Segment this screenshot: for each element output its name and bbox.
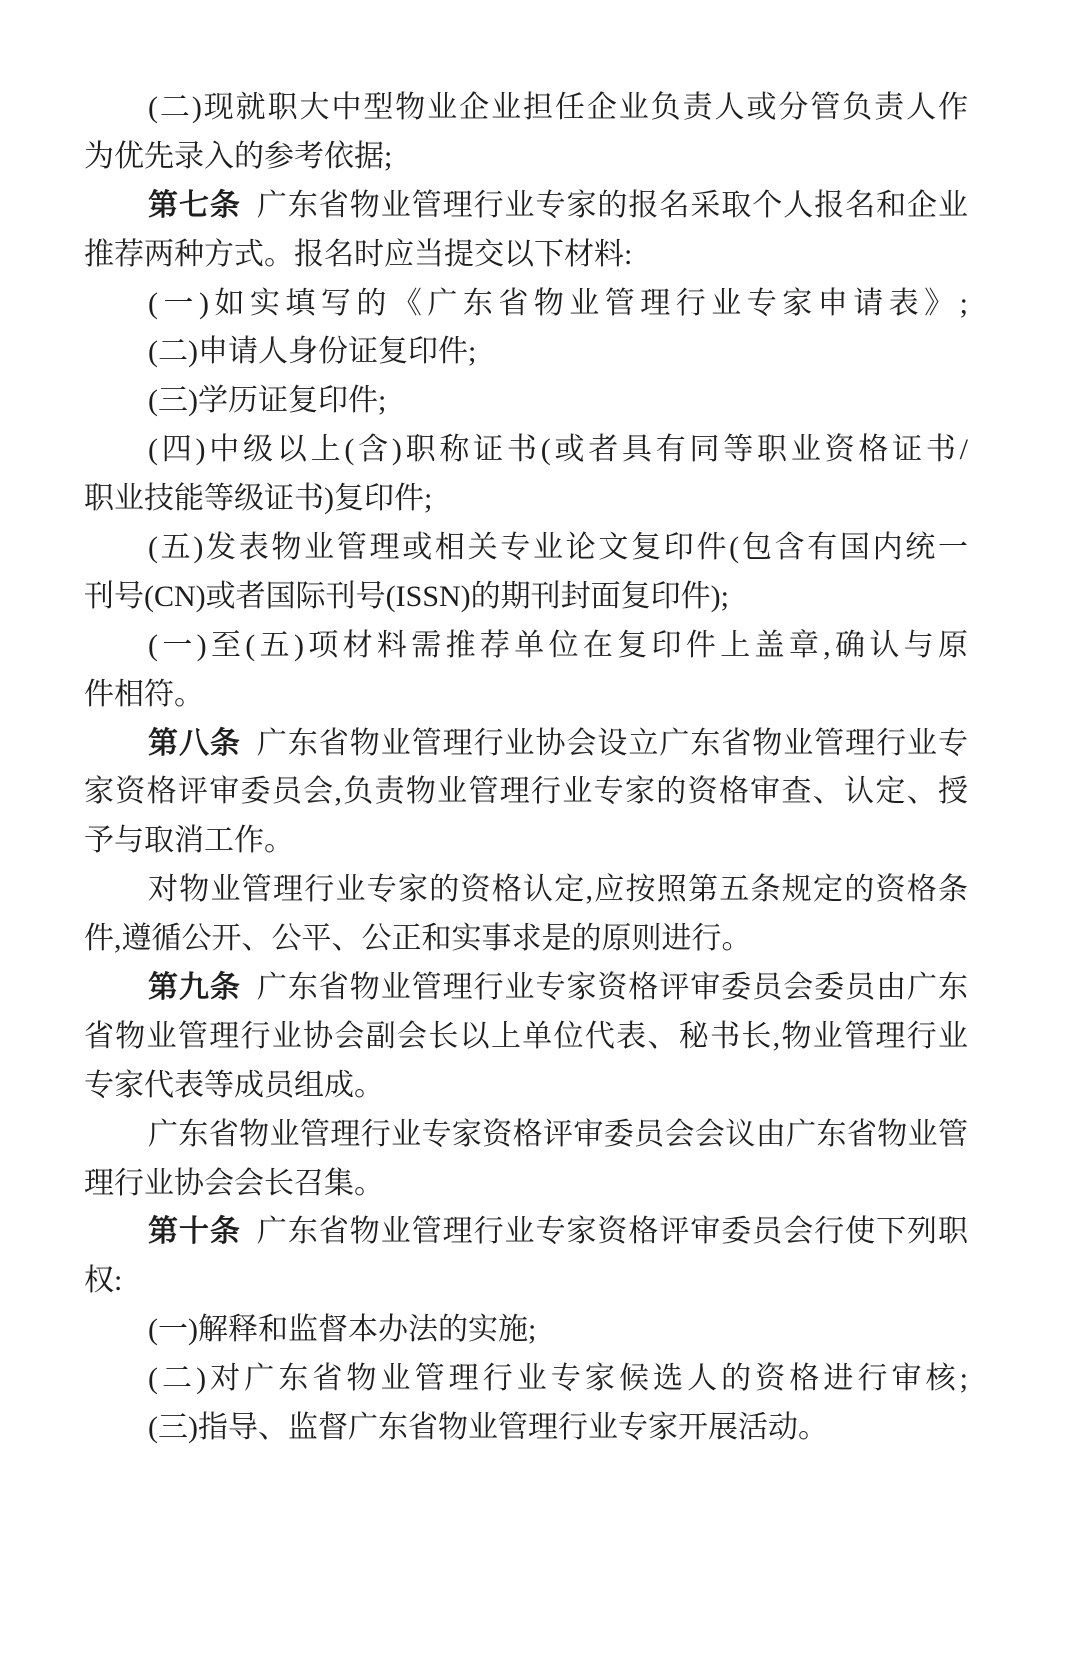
document-line: (二)申请人身份证复印件; bbox=[84, 328, 968, 377]
article-number: 第七条 bbox=[148, 189, 241, 222]
document-line: 权: bbox=[84, 1257, 968, 1306]
document-line: 件相符。 bbox=[84, 671, 968, 720]
article-number: 第十条 bbox=[148, 1215, 241, 1248]
document-line: (一)至(五)项材料需推荐单位在复印件上盖章,确认与原 bbox=[84, 622, 968, 671]
document-line: 家资格评审委员会,负责物业管理行业专家的资格审查、认定、授 bbox=[84, 768, 968, 817]
document-line: (三)指导、监督广东省物业管理行业专家开展活动。 bbox=[84, 1404, 968, 1453]
article-number: 第九条 bbox=[148, 971, 241, 1004]
line-text: 广东省物业管理行业专家资格评审委员会委员由广东 bbox=[241, 971, 968, 1004]
document-line: 刊号(CN)或者国际刊号(ISSN)的期刊封面复印件); bbox=[84, 573, 968, 622]
document-line: 第十条 广东省物业管理行业专家资格评审委员会行使下列职 bbox=[84, 1208, 968, 1257]
document-line: 推荐两种方式。报名时应当提交以下材料: bbox=[84, 231, 968, 280]
document-line: 第七条 广东省物业管理行业专家的报名采取个人报名和企业 bbox=[84, 182, 968, 231]
document-line: (三)学历证复印件; bbox=[84, 377, 968, 426]
document-line: (一)解释和监督本办法的实施; bbox=[84, 1306, 968, 1355]
document-body: (二)现就职大中型物业企业担任企业负责人或分管负责人作 为优先录入的参考依据; … bbox=[84, 84, 968, 1453]
document-line: (二)对广东省物业管理行业专家候选人的资格进行审核; bbox=[84, 1355, 968, 1404]
document-line: (五)发表物业管理或相关专业论文复印件(包含有国内统一 bbox=[84, 524, 968, 573]
line-text: 广东省物业管理行业专家的报名采取个人报名和企业 bbox=[241, 189, 968, 222]
document-line: 省物业管理行业协会副会长以上单位代表、秘书长,物业管理行业 bbox=[84, 1013, 968, 1062]
document-line: 为优先录入的参考依据; bbox=[84, 133, 968, 182]
document-line: 理行业协会会长召集。 bbox=[84, 1160, 968, 1209]
document-line: (一)如实填写的《广东省物业管理行业专家申请表》; bbox=[84, 280, 968, 329]
document-line: 予与取消工作。 bbox=[84, 817, 968, 866]
document-line: 广东省物业管理行业专家资格评审委员会会议由广东省物业管 bbox=[84, 1111, 968, 1160]
document-line: 专家代表等成员组成。 bbox=[84, 1062, 968, 1111]
document-line: (四)中级以上(含)职称证书(或者具有同等职业资格证书/ bbox=[84, 426, 968, 475]
document-line: 职业技能等级证书)复印件; bbox=[84, 475, 968, 524]
article-number: 第八条 bbox=[148, 727, 241, 760]
line-text: 广东省物业管理行业专家资格评审委员会行使下列职 bbox=[241, 1215, 968, 1248]
line-text: 广东省物业管理行业协会设立广东省物业管理行业专 bbox=[241, 727, 968, 760]
document-page: (二)现就职大中型物业企业担任企业负责人或分管负责人作 为优先录入的参考依据; … bbox=[0, 0, 1080, 1661]
document-line: (二)现就职大中型物业企业担任企业负责人或分管负责人作 bbox=[84, 84, 968, 133]
document-line: 件,遵循公开、公平、公正和实事求是的原则进行。 bbox=[84, 915, 968, 964]
document-line: 第八条 广东省物业管理行业协会设立广东省物业管理行业专 bbox=[84, 720, 968, 769]
document-line: 对物业管理行业专家的资格认定,应按照第五条规定的资格条 bbox=[84, 866, 968, 915]
document-line: 第九条 广东省物业管理行业专家资格评审委员会委员由广东 bbox=[84, 964, 968, 1013]
